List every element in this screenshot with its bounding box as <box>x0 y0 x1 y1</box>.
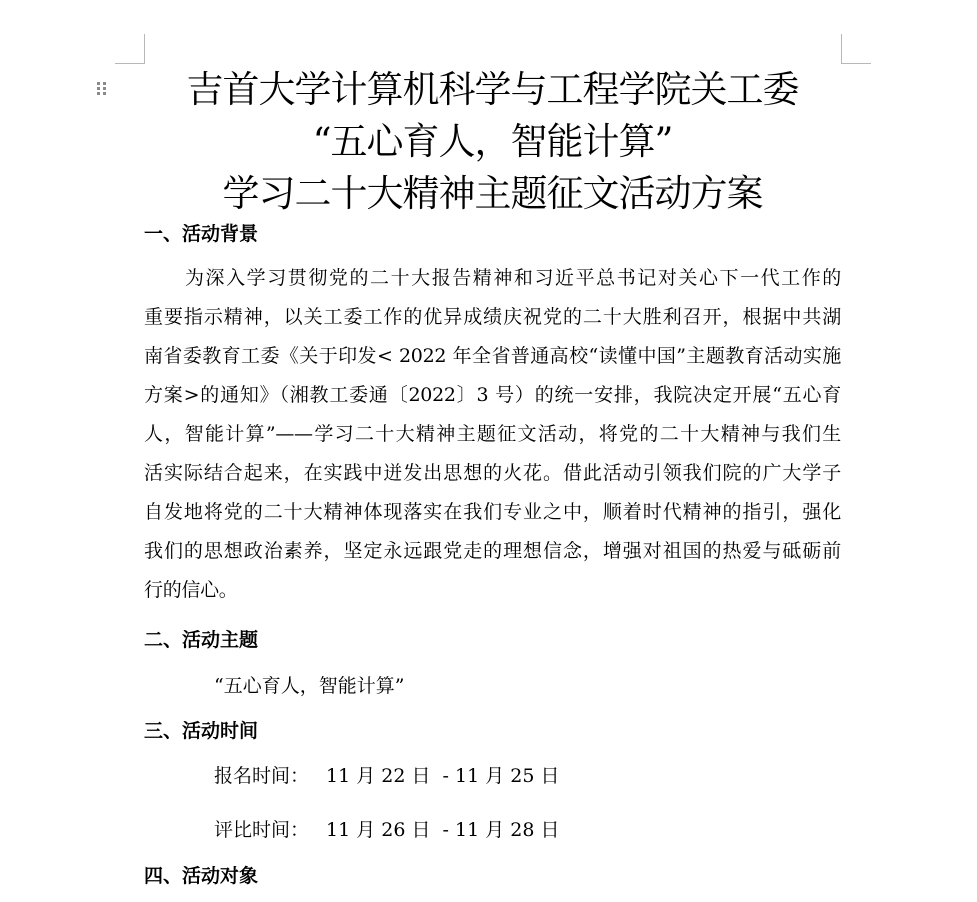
section-heading-theme: 二、活动主题 <box>144 628 258 652</box>
section-heading-participants: 四、活动对象 <box>144 864 258 888</box>
paragraph-line: 自发地将党的二十大精神体现落实在我们专业之中，顺着时代精神的指引，强化 <box>144 500 841 539</box>
schedule-label: 报名时间： <box>214 764 326 788</box>
background-paragraph: 为深入学习贯彻党的二十大报告精神和习近平总书记对关心下一代工作的 重要指示精神，… <box>144 266 841 617</box>
page-corner-mark-top-right <box>841 34 842 63</box>
document-title-line-3: 学习二十大精神主题征文活动方案 <box>144 172 841 216</box>
paragraph-line: 活实际结合起来，在实践中迸发出思想的火花。借此活动引领我们院的广大学子 <box>144 461 841 500</box>
schedule-label: 评比时间： <box>214 818 326 842</box>
page-corner-mark-top-left <box>115 63 145 64</box>
schedule-row-evaluation: 评比时间：11 月 26 日 - 11 月 28 日 <box>214 818 559 842</box>
page-corner-mark-top-right <box>841 63 871 64</box>
schedule-range: 11 月 26 日 - 11 月 28 日 <box>326 819 559 841</box>
paragraph-line: 南省委教育工委《关于印发< 2022 年全省普通高校“读懂中国”主题教育活动实施 <box>144 344 841 383</box>
drag-handle-icon[interactable] <box>97 82 107 96</box>
paragraph-line: 为深入学习贯彻党的二十大报告精神和习近平总书记对关心下一代工作的 <box>144 266 841 305</box>
paragraph-line: 人，智能计算”——学习二十大精神主题征文活动，将党的二十大精神与我们生 <box>144 422 841 461</box>
paragraph-line: 我们的思想政治素养，坚定永远跟党走的理想信念，增强对祖国的热爱与砥砺前 <box>144 539 841 578</box>
section-heading-time: 三、活动时间 <box>144 719 258 743</box>
schedule-range: 11 月 22 日 - 11 月 25 日 <box>326 765 559 787</box>
document-title-line-1: 吉首大学计算机科学与工程学院关工委 <box>144 68 841 112</box>
schedule-row-registration: 报名时间：11 月 22 日 - 11 月 25 日 <box>214 764 559 788</box>
section-heading-background: 一、活动背景 <box>144 222 258 246</box>
paragraph-line: 方案>的通知》（湘教工委通〔2022〕3 号）的统一安排，我院决定开展“五心育 <box>144 383 841 422</box>
paragraph-line: 重要指示精神，以关工委工作的优异成绩庆祝党的二十大胜利召开，根据中共湖 <box>144 305 841 344</box>
page-corner-mark-top-left <box>144 34 145 63</box>
activity-theme-text: “五心育人，智能计算” <box>214 674 404 698</box>
document-title-line-2: “五心育人，智能计算” <box>144 120 841 164</box>
paragraph-line: 行的信心。 <box>144 578 841 617</box>
